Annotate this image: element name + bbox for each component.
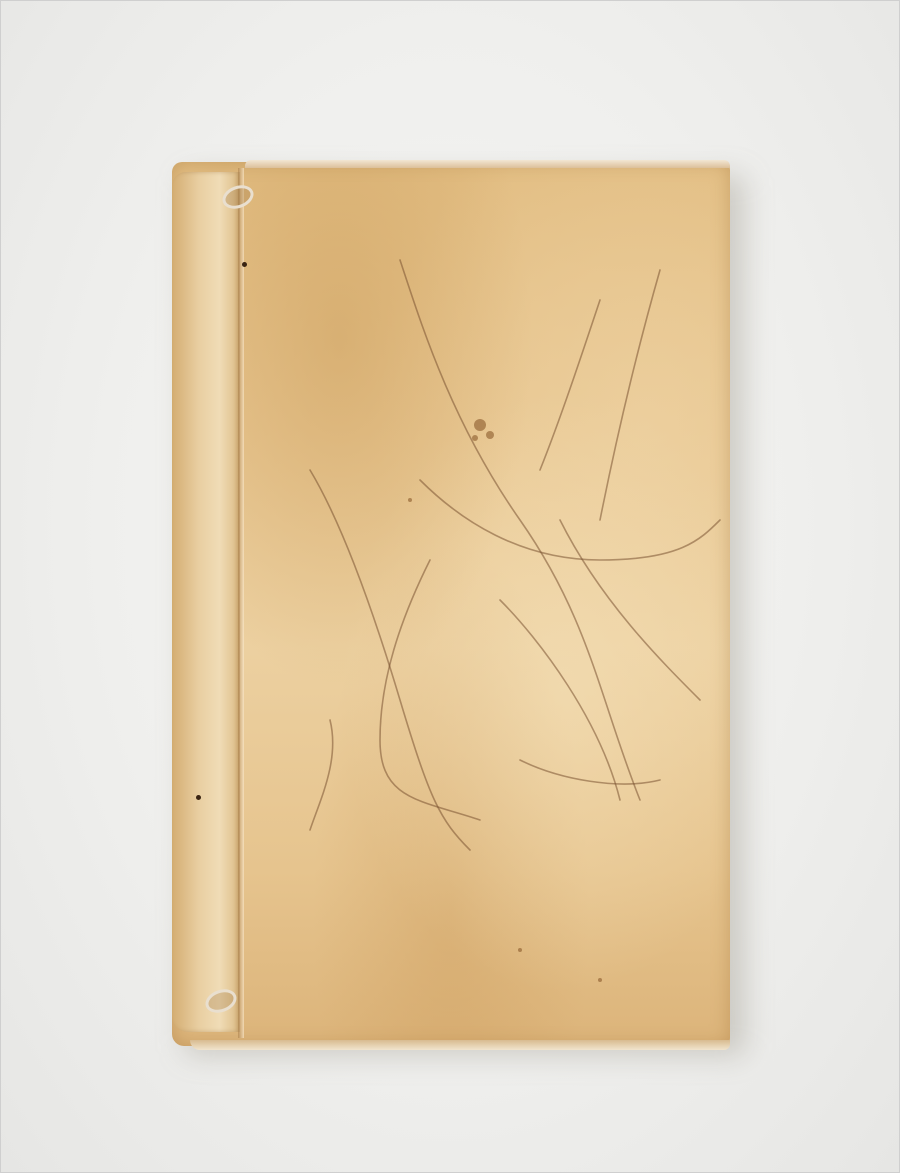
- ink-scribbles: [0, 0, 900, 1173]
